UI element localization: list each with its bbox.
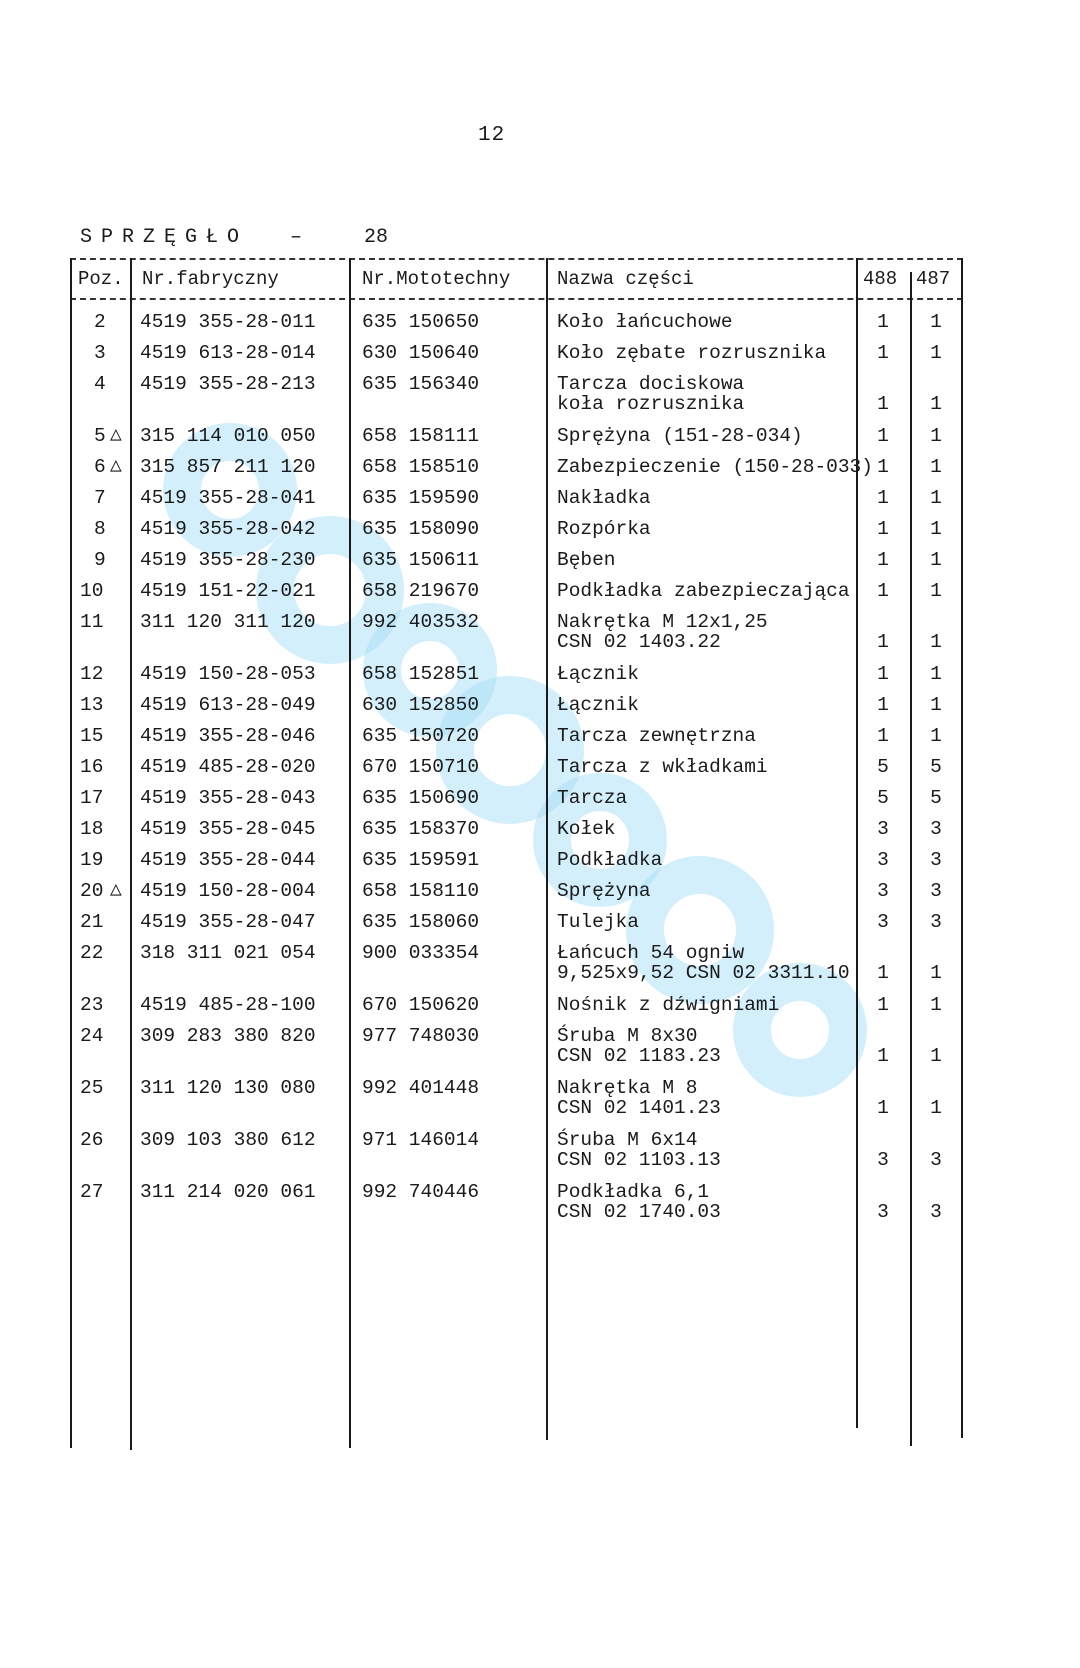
- section-dash: –: [290, 226, 302, 249]
- triangle-marker-icon: △: [110, 425, 122, 445]
- row-qty-487: 3: [921, 819, 951, 839]
- row-part-name: Śruba M 8x30: [557, 1026, 697, 1046]
- row-qty-487: 1: [921, 1098, 951, 1118]
- row-factory-number: 4519 613-28-049: [140, 695, 316, 715]
- row-position: 2: [94, 312, 106, 332]
- row-position: 3: [94, 343, 106, 363]
- row-factory-number: 4519 151-22-021: [140, 581, 316, 601]
- header-qty-488: 488: [863, 268, 897, 290]
- row-mototechna-number: 635 159591: [362, 850, 479, 870]
- row-position: 27: [80, 1182, 103, 1202]
- row-qty-487: 1: [921, 312, 951, 332]
- row-qty-488: 1: [868, 995, 898, 1015]
- row-factory-number: 4519 355-28-011: [140, 312, 316, 332]
- row-position: 15: [80, 726, 103, 746]
- row-mototechna-number: 635 158370: [362, 819, 479, 839]
- row-qty-488: 3: [868, 881, 898, 901]
- row-mototechna-number: 658 158110: [362, 881, 479, 901]
- row-factory-number: 318 311 021 054: [140, 943, 316, 963]
- row-position: 4: [94, 374, 106, 394]
- row-position: 8: [94, 519, 106, 539]
- row-part-name: Podkładka zabezpieczająca: [557, 581, 850, 601]
- row-part-name: CSN 02 1403.22: [557, 632, 721, 652]
- row-part-name: CSN 02 1740.03: [557, 1202, 721, 1222]
- row-factory-number: 315 857 211 120: [140, 457, 316, 477]
- row-qty-488: 1: [868, 394, 898, 414]
- parts-table: Poz. Nr.fabryczny Nr.Mototechny Nazwa cz…: [70, 258, 963, 1448]
- row-position: 20: [80, 881, 103, 901]
- row-qty-488: 1: [868, 1098, 898, 1118]
- row-factory-number: 4519 355-28-213: [140, 374, 316, 394]
- row-part-name: Tarcza z wkładkami: [557, 757, 768, 777]
- col-divider: [130, 258, 132, 1450]
- row-factory-number: 4519 150-28-053: [140, 664, 316, 684]
- row-mototechna-number: 658 152851: [362, 664, 479, 684]
- row-mototechna-number: 992 401448: [362, 1078, 479, 1098]
- header-factory-no: Nr.fabryczny: [142, 268, 279, 290]
- row-qty-487: 1: [921, 581, 951, 601]
- page-number: 12: [478, 124, 505, 147]
- row-part-name: Łańcuch 54 ogniw: [557, 943, 744, 963]
- row-part-name: Śruba M 6x14: [557, 1130, 697, 1150]
- row-position: 10: [80, 581, 103, 601]
- row-position: 22: [80, 943, 103, 963]
- row-qty-488: 1: [868, 581, 898, 601]
- row-position: 6: [94, 457, 106, 477]
- header-mototechna-no: Nr.Mototechny: [362, 268, 510, 290]
- row-part-name: Nakrętka M 12x1,25: [557, 612, 768, 632]
- col-divider: [349, 258, 351, 1448]
- row-qty-487: 1: [921, 343, 951, 363]
- row-mototechna-number: 635 156340: [362, 374, 479, 394]
- row-qty-488: 3: [868, 819, 898, 839]
- row-qty-488: 3: [868, 1150, 898, 1170]
- row-part-name: Łącznik: [557, 664, 639, 684]
- row-factory-number: 4519 485-28-020: [140, 757, 316, 777]
- row-part-name: Bęben: [557, 550, 616, 570]
- row-qty-488: 1: [868, 488, 898, 508]
- row-position: 16: [80, 757, 103, 777]
- row-qty-488: 1: [868, 963, 898, 983]
- triangle-marker-icon: △: [110, 880, 122, 900]
- row-part-name: Nakładka: [557, 488, 651, 508]
- row-part-name: Koło łańcuchowe: [557, 312, 733, 332]
- row-qty-487: 1: [921, 664, 951, 684]
- row-qty-487: 5: [921, 788, 951, 808]
- row-mototechna-number: 658 219670: [362, 581, 479, 601]
- row-part-name: Zabezpieczenie (150-28-033): [557, 457, 873, 477]
- row-qty-487: 1: [921, 394, 951, 414]
- row-part-name: Nośnik z dźwigniami: [557, 995, 779, 1015]
- row-mototechna-number: 630 152850: [362, 695, 479, 715]
- row-mototechna-number: 900 033354: [362, 943, 479, 963]
- row-factory-number: 4519 485-28-100: [140, 995, 316, 1015]
- row-part-name: Tarcza: [557, 788, 627, 808]
- row-position: 23: [80, 995, 103, 1015]
- row-position: 17: [80, 788, 103, 808]
- row-qty-488: 5: [868, 788, 898, 808]
- row-mototechna-number: 635 158060: [362, 912, 479, 932]
- row-mototechna-number: 635 150611: [362, 550, 479, 570]
- row-factory-number: 309 103 380 612: [140, 1130, 316, 1150]
- row-part-name: 9,525x9,52 CSN 02 3311.10: [557, 963, 850, 983]
- row-mototechna-number: 635 150650: [362, 312, 479, 332]
- row-part-name: Tulejka: [557, 912, 639, 932]
- row-part-name: Nakrętka M 8: [557, 1078, 697, 1098]
- row-qty-488: 1: [868, 312, 898, 332]
- row-qty-487: 1: [921, 963, 951, 983]
- row-factory-number: 4519 355-28-047: [140, 912, 316, 932]
- row-position: 24: [80, 1026, 103, 1046]
- row-qty-487: 3: [921, 1150, 951, 1170]
- row-position: 5: [94, 426, 106, 446]
- row-part-name: Tarcza dociskowa: [557, 374, 744, 394]
- row-factory-number: 311 120 311 120: [140, 612, 316, 632]
- row-qty-487: 1: [921, 426, 951, 446]
- triangle-marker-icon: △: [110, 456, 122, 476]
- row-qty-487: 3: [921, 850, 951, 870]
- row-qty-487: 5: [921, 757, 951, 777]
- row-qty-488: 1: [868, 457, 898, 477]
- row-factory-number: 311 120 130 080: [140, 1078, 316, 1098]
- row-factory-number: 4519 355-28-230: [140, 550, 316, 570]
- row-mototechna-number: 992 403532: [362, 612, 479, 632]
- row-factory-number: 4519 355-28-043: [140, 788, 316, 808]
- row-factory-number: 311 214 020 061: [140, 1182, 316, 1202]
- row-factory-number: 4519 355-28-042: [140, 519, 316, 539]
- col-divider: [546, 258, 548, 1440]
- row-factory-number: 4519 150-28-004: [140, 881, 316, 901]
- row-qty-487: 1: [921, 457, 951, 477]
- row-qty-488: 1: [868, 695, 898, 715]
- row-mototechna-number: 670 150710: [362, 757, 479, 777]
- header-pos: Poz.: [78, 268, 124, 290]
- row-qty-488: 3: [868, 850, 898, 870]
- table-header-rule: [70, 298, 963, 300]
- row-position: 21: [80, 912, 103, 932]
- col-divider: [70, 258, 72, 1448]
- row-mototechna-number: 635 150690: [362, 788, 479, 808]
- row-qty-488: 3: [868, 912, 898, 932]
- row-part-name: Kołek: [557, 819, 616, 839]
- row-qty-487: 1: [921, 519, 951, 539]
- section-title: SPRZĘGŁO: [80, 226, 248, 249]
- row-factory-number: 4519 355-28-046: [140, 726, 316, 746]
- table-top-rule: [70, 258, 963, 260]
- row-part-name: Rozpórka: [557, 519, 651, 539]
- section-code: 28: [364, 226, 388, 249]
- row-part-name: Koło zębate rozrusznika: [557, 343, 826, 363]
- header-qty-487: 487: [916, 268, 950, 290]
- row-part-name: CSN 02 1183.23: [557, 1046, 721, 1066]
- row-qty-488: 5: [868, 757, 898, 777]
- row-qty-488: 3: [868, 1202, 898, 1222]
- row-position: 13: [80, 695, 103, 715]
- row-mototechna-number: 630 150640: [362, 343, 479, 363]
- row-qty-487: 3: [921, 881, 951, 901]
- row-part-name: CSN 02 1401.23: [557, 1098, 721, 1118]
- row-qty-487: 1: [921, 632, 951, 652]
- row-part-name: Łącznik: [557, 695, 639, 715]
- row-qty-488: 1: [868, 664, 898, 684]
- row-qty-487: 1: [921, 995, 951, 1015]
- row-mototechna-number: 658 158111: [362, 426, 479, 446]
- row-mototechna-number: 635 159590: [362, 488, 479, 508]
- row-position: 11: [80, 612, 103, 632]
- row-position: 26: [80, 1130, 103, 1150]
- row-qty-487: 3: [921, 1202, 951, 1222]
- row-position: 18: [80, 819, 103, 839]
- row-qty-488: 1: [868, 343, 898, 363]
- row-part-name: Podkładka: [557, 850, 662, 870]
- row-position: 7: [94, 488, 106, 508]
- row-part-name: koła rozrusznika: [557, 394, 744, 414]
- row-factory-number: 4519 355-28-044: [140, 850, 316, 870]
- row-qty-487: 3: [921, 912, 951, 932]
- row-qty-488: 1: [868, 726, 898, 746]
- col-divider: [961, 258, 963, 1438]
- row-part-name: CSN 02 1103.13: [557, 1150, 721, 1170]
- row-qty-487: 1: [921, 550, 951, 570]
- col-divider: [910, 272, 912, 1446]
- header-part-name: Nazwa części: [557, 268, 694, 290]
- row-qty-487: 1: [921, 726, 951, 746]
- row-qty-488: 1: [868, 1046, 898, 1066]
- row-qty-487: 1: [921, 1046, 951, 1066]
- row-part-name: Podkładka 6,1: [557, 1182, 709, 1202]
- row-factory-number: 309 283 380 820: [140, 1026, 316, 1046]
- row-qty-488: 1: [868, 519, 898, 539]
- row-mototechna-number: 992 740446: [362, 1182, 479, 1202]
- row-factory-number: 4519 355-28-041: [140, 488, 316, 508]
- row-mototechna-number: 658 158510: [362, 457, 479, 477]
- row-factory-number: 4519 613-28-014: [140, 343, 316, 363]
- row-position: 25: [80, 1078, 103, 1098]
- row-mototechna-number: 670 150620: [362, 995, 479, 1015]
- row-qty-488: 1: [868, 550, 898, 570]
- row-position: 12: [80, 664, 103, 684]
- row-factory-number: 315 114 010 050: [140, 426, 316, 446]
- row-mototechna-number: 635 150720: [362, 726, 479, 746]
- row-mototechna-number: 977 748030: [362, 1026, 479, 1046]
- row-position: 9: [94, 550, 106, 570]
- row-part-name: Tarcza zewnętrzna: [557, 726, 756, 746]
- row-part-name: Sprężyna: [557, 881, 651, 901]
- row-part-name: Sprężyna (151-28-034): [557, 426, 803, 446]
- row-qty-487: 1: [921, 488, 951, 508]
- col-divider: [856, 258, 858, 1428]
- row-mototechna-number: 635 158090: [362, 519, 479, 539]
- row-factory-number: 4519 355-28-045: [140, 819, 316, 839]
- row-qty-488: 1: [868, 632, 898, 652]
- row-qty-487: 1: [921, 695, 951, 715]
- row-qty-488: 1: [868, 426, 898, 446]
- row-position: 19: [80, 850, 103, 870]
- row-mototechna-number: 971 146014: [362, 1130, 479, 1150]
